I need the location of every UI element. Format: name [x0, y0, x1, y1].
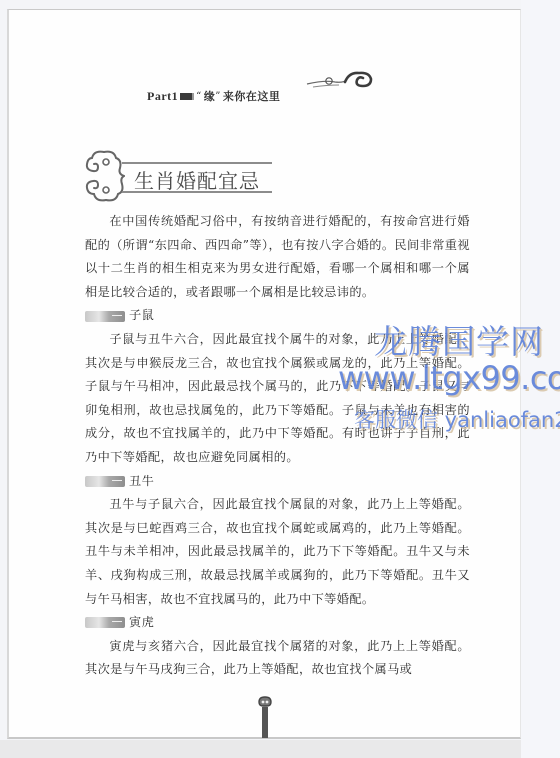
subsection-tag-icon — [85, 617, 125, 628]
subsection-paragraph-ox: 丑牛与子鼠六合，因此最宜找个属鼠的对象，此乃上上等婚配。其次是与巳蛇酉鸡三合，故… — [85, 493, 470, 611]
viewer-background-bottom — [0, 740, 521, 758]
header-block-icon — [180, 93, 194, 100]
watermark-contact: 客服微信 yanliaofan225 — [354, 404, 560, 434]
cloud-ornament-icon — [305, 68, 375, 90]
heading-rule-top — [122, 162, 272, 164]
section-title: 生肖婚配宜忌 — [134, 165, 260, 194]
quote-open: “ — [196, 91, 202, 102]
subsection-heading-tiger: 寅虎 — [85, 611, 470, 635]
heading-rule-bottom — [122, 191, 272, 193]
subsection-heading-ox: 丑牛 — [85, 470, 470, 494]
page-ornament-icon — [256, 695, 274, 739]
intro-paragraph: 在中国传统婚配习俗中，有按纳音进行婚配的，有按命宫进行婚配的（所谓“东四命、西四… — [85, 210, 470, 304]
header-rest: 来你在这里 — [223, 88, 281, 104]
body-text: 在中国传统婚配习俗中，有按纳音进行婚配的，有按命宫进行婚配的（所谓“东四命、西四… — [85, 210, 470, 682]
subsection-label: 寅虎 — [129, 611, 154, 635]
auspicious-cloud-icon — [84, 148, 134, 204]
subsection-tag-icon — [85, 476, 125, 487]
watermark-url: www.ltgx99.com — [338, 359, 560, 397]
watermark-site-name: 龙腾国学网 — [374, 316, 544, 363]
subsection-label: 子鼠 — [129, 304, 154, 328]
running-header: Part1 “ 缘 ” 来你在这里 — [147, 88, 280, 104]
section-heading: 生肖婚配宜忌 — [84, 148, 274, 204]
subsection-paragraph-tiger: 寅虎与亥猪六合，因此最宜找个属猪的对象，此乃上上等婚配。其次是与午马戌狗三合，此… — [85, 635, 470, 682]
quote-close: ” — [215, 91, 221, 102]
header-keyword: 缘 — [204, 88, 216, 104]
subsection-tag-icon — [85, 311, 125, 322]
subsection-label: 丑牛 — [129, 470, 154, 494]
part-label: Part1 — [147, 89, 178, 104]
